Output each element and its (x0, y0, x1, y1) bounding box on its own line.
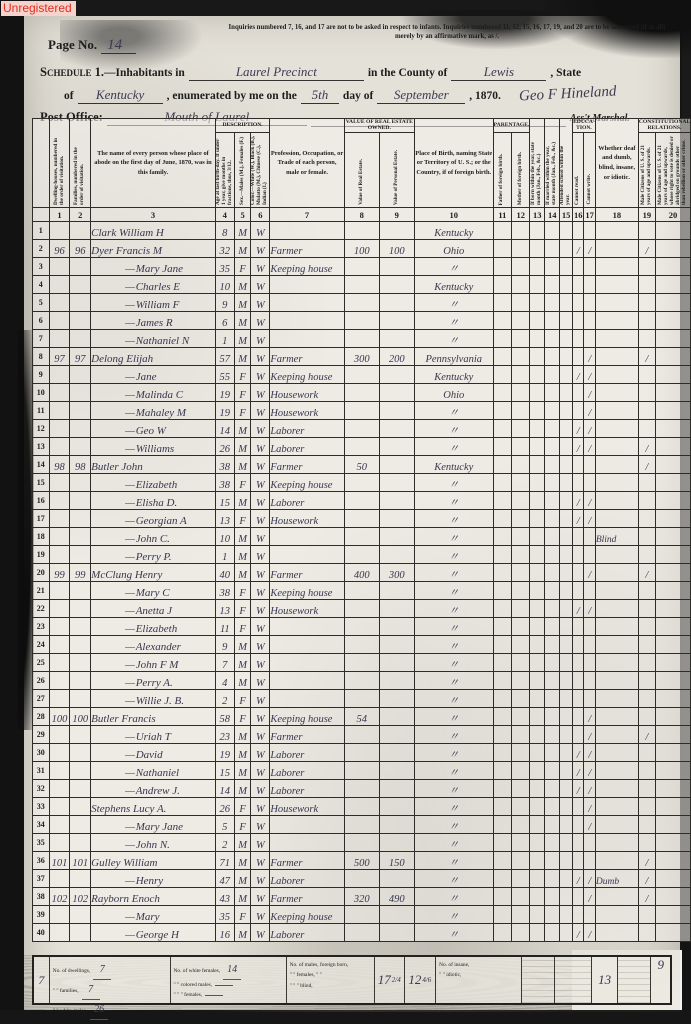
mother-foreign-cell (512, 762, 530, 780)
cannot-read-mark (573, 384, 584, 402)
cannot-read-mark (573, 816, 584, 834)
citizen-denied-cell (655, 492, 690, 510)
school-cell (560, 762, 573, 780)
cannot-write-mark: / (584, 744, 595, 762)
family-number (70, 600, 91, 618)
disability-value (595, 888, 638, 906)
birthplace-value: Kentucky (414, 222, 493, 240)
mother-foreign-cell (512, 924, 530, 942)
family-number: 102 (70, 888, 91, 906)
family-number (70, 744, 91, 762)
married-month-cell (545, 690, 560, 708)
footer-blank-box-2 (555, 957, 592, 1003)
footer-tally-c: 13 (592, 957, 618, 1003)
year-label: , 1870. (469, 90, 501, 102)
occupation-value (270, 636, 344, 654)
table-row: 10 Malinda C 19 F W Housework Ohio / (33, 384, 691, 402)
cannot-write-mark (584, 654, 595, 672)
mother-foreign-cell (512, 654, 530, 672)
age-value: 2 (215, 690, 234, 708)
col-header-occupation: Profession, Occupation, or Trade of each… (270, 119, 344, 208)
father-foreign-cell (493, 438, 511, 456)
born-month-cell (530, 330, 545, 348)
real-estate-value: 100 (344, 240, 379, 258)
age-value: 13 (215, 510, 234, 528)
dwelling-number (49, 438, 70, 456)
dwelling-number (49, 492, 70, 510)
cannot-write-mark: / (584, 510, 595, 528)
family-number (70, 438, 91, 456)
cannot-write-mark: / (584, 870, 595, 888)
table-row: 7 Nathaniel N 1 M W 〃 (33, 330, 691, 348)
cannot-read-mark (573, 456, 584, 474)
birthplace-value: 〃 (414, 402, 493, 420)
citizen-denied-cell (655, 294, 690, 312)
col-header-family: Families, numbered in the order of visit… (70, 119, 91, 208)
table-row: 5 William F 9 M W 〃 (33, 294, 691, 312)
state-value: Kentucky (78, 87, 163, 104)
person-name: Butler Francis (91, 708, 216, 726)
row-number: 19 (33, 546, 50, 564)
real-estate-value (344, 366, 379, 384)
row-number: 22 (33, 600, 50, 618)
disability-value (595, 294, 638, 312)
sex-value: M (234, 276, 251, 294)
born-month-cell (530, 834, 545, 852)
cannot-write-mark: / (584, 240, 595, 258)
disability-value (595, 474, 638, 492)
table-row: 37 Henry 47 M W Laborer 〃 / / Dumb / (33, 870, 691, 888)
family-number (70, 798, 91, 816)
father-foreign-cell (493, 258, 511, 276)
personal-estate-value (379, 510, 414, 528)
cannot-write-mark (584, 474, 595, 492)
real-estate-value (344, 258, 379, 276)
sex-value: M (234, 294, 251, 312)
school-cell (560, 600, 573, 618)
born-month-cell (530, 744, 545, 762)
cannot-write-mark (584, 834, 595, 852)
cannot-read-mark (573, 834, 584, 852)
color-value: W (251, 294, 270, 312)
inhabitants-label: —Inhabitants in (104, 67, 185, 79)
dwelling-number (49, 330, 70, 348)
birthplace-value: 〃 (414, 258, 493, 276)
cannot-write-mark: / (584, 816, 595, 834)
col-header-personal-estate: Value of Personal Estate. (379, 133, 414, 208)
county-label: in the County of (368, 67, 448, 79)
citizen-mark (638, 762, 655, 780)
group-header-parentage: Parentage. (493, 119, 530, 133)
family-number (70, 636, 91, 654)
color-value: W (251, 654, 270, 672)
sex-value: M (234, 348, 251, 366)
sex-value: M (234, 726, 251, 744)
disability-value (595, 222, 638, 240)
sex-value: M (234, 546, 251, 564)
cannot-write-mark: / (584, 762, 595, 780)
occupation-value (270, 528, 344, 546)
father-foreign-cell (493, 888, 511, 906)
personal-estate-value (379, 366, 414, 384)
born-month-cell (530, 222, 545, 240)
age-value: 58 (215, 708, 234, 726)
sex-value: F (234, 690, 251, 708)
cannot-write-mark: / (584, 438, 595, 456)
day-value: 5th (301, 87, 339, 104)
table-row: 24 Alexander 9 M W 〃 (33, 636, 691, 654)
sex-value: F (234, 816, 251, 834)
family-number: 97 (70, 348, 91, 366)
father-foreign-cell (493, 402, 511, 420)
row-number: 13 (33, 438, 50, 456)
occupation-value: Keeping house (270, 366, 344, 384)
married-month-cell (545, 312, 560, 330)
sex-value: F (234, 384, 251, 402)
family-number (70, 474, 91, 492)
citizen-mark (638, 690, 655, 708)
birthplace-value: 〃 (414, 600, 493, 618)
cannot-read-mark (573, 330, 584, 348)
sex-value: M (234, 762, 251, 780)
age-value: 6 (215, 312, 234, 330)
born-month-cell (530, 312, 545, 330)
school-cell (560, 888, 573, 906)
col-header-married-month: If married within the year, state month … (545, 119, 560, 208)
family-number (70, 258, 91, 276)
sex-value: M (234, 330, 251, 348)
mother-foreign-cell (512, 420, 530, 438)
family-number (70, 582, 91, 600)
cannot-write-mark: / (584, 564, 595, 582)
birthplace-value: 〃 (414, 510, 493, 528)
color-value: W (251, 726, 270, 744)
family-number (70, 780, 91, 798)
cannot-read-mark: / (573, 492, 584, 510)
cannot-read-mark: / (573, 762, 584, 780)
dwelling-number (49, 312, 70, 330)
citizen-denied-cell (655, 636, 690, 654)
occupation-value (270, 330, 344, 348)
col-header-sex: Sex.—Males (M.), Females (F.) (234, 133, 251, 208)
sex-value: M (234, 456, 251, 474)
person-name: Anetta J (91, 600, 216, 618)
family-number (70, 492, 91, 510)
column-number-row: 1 2 3 4 5 6 7 8 9 10 11 12 13 14 15 16 1… (33, 208, 691, 222)
schedule-line: Schedule 1.—Inhabitants in Laurel Precin… (40, 63, 680, 81)
birthplace-value: 〃 (414, 618, 493, 636)
school-cell (560, 708, 573, 726)
citizen-denied-cell (655, 528, 690, 546)
father-foreign-cell (493, 690, 511, 708)
family-number (70, 312, 91, 330)
father-foreign-cell (493, 528, 511, 546)
sex-value: F (234, 402, 251, 420)
personal-estate-value (379, 672, 414, 690)
family-number (70, 528, 91, 546)
personal-estate-value (379, 636, 414, 654)
family-number (70, 222, 91, 240)
row-number: 5 (33, 294, 50, 312)
personal-estate-value (379, 528, 414, 546)
table-row: 13 Williams 26 M W Laborer 〃 / / / (33, 438, 691, 456)
citizen-mark: / (638, 852, 655, 870)
sex-value: M (234, 744, 251, 762)
group-header-education: Educa-tion. (573, 119, 596, 133)
table-row: 9 Jane 55 F W Keeping house Kentucky / / (33, 366, 691, 384)
personal-estate-value: 490 (379, 888, 414, 906)
table-row: 36 101 101 Gulley William 71 M W Farmer … (33, 852, 691, 870)
mother-foreign-cell (512, 510, 530, 528)
disability-value: Dumb (595, 870, 638, 888)
birthplace-value: 〃 (414, 834, 493, 852)
father-foreign-cell (493, 456, 511, 474)
school-cell (560, 528, 573, 546)
group-header-constitutional: Constitutional Relations. (638, 119, 690, 133)
sex-value: M (234, 420, 251, 438)
person-name: Mary (91, 906, 216, 924)
personal-estate-value (379, 726, 414, 744)
personal-estate-value (379, 906, 414, 924)
dwelling-number (49, 510, 70, 528)
age-value: 47 (215, 870, 234, 888)
sex-value: F (234, 600, 251, 618)
disability-value (595, 636, 638, 654)
age-value: 38 (215, 582, 234, 600)
real-estate-value (344, 906, 379, 924)
real-estate-value (344, 600, 379, 618)
cannot-read-mark: / (573, 924, 584, 942)
person-name: Mary Jane (91, 816, 216, 834)
person-name: George H (91, 924, 216, 942)
family-number (70, 690, 91, 708)
color-value: W (251, 348, 270, 366)
cannot-read-mark: / (573, 510, 584, 528)
cannot-read-mark (573, 906, 584, 924)
citizen-mark (638, 924, 655, 942)
real-estate-value (344, 474, 379, 492)
mother-foreign-cell (512, 546, 530, 564)
citizen-denied-cell (655, 420, 690, 438)
person-name: McClung Henry (91, 564, 216, 582)
column-number-blank (33, 208, 50, 222)
birthplace-value: 〃 (414, 690, 493, 708)
born-month-cell (530, 510, 545, 528)
table-row: 35 John N. 2 M W 〃 (33, 834, 691, 852)
born-month-cell (530, 888, 545, 906)
col-header-birthplace: Place of Birth, naming State or Territor… (414, 119, 493, 208)
colored-males-label: " " colored males, (174, 982, 213, 988)
occupation-value: Farmer (270, 726, 344, 744)
school-cell (560, 474, 573, 492)
occupation-value: Laborer (270, 492, 344, 510)
cannot-write-mark: / (584, 366, 595, 384)
mother-foreign-cell (512, 222, 530, 240)
cannot-write-mark (584, 312, 595, 330)
cannot-read-mark (573, 528, 584, 546)
school-cell (560, 816, 573, 834)
married-month-cell (545, 654, 560, 672)
cannot-write-mark (584, 618, 595, 636)
birthplace-value: 〃 (414, 330, 493, 348)
age-value: 8 (215, 222, 234, 240)
school-cell (560, 492, 573, 510)
citizen-mark (638, 366, 655, 384)
col-header-dwelling: Dwelling-houses, numbered in the order o… (49, 119, 70, 208)
married-month-cell (545, 852, 560, 870)
sex-value: F (234, 708, 251, 726)
footer-left-mark: 7 (34, 957, 50, 1003)
table-row: 18 John C. 10 M W 〃 Blind (33, 528, 691, 546)
birthplace-value: 〃 (414, 564, 493, 582)
cannot-write-mark: / (584, 600, 595, 618)
occupation-value: Keeping house (270, 708, 344, 726)
table-row: 20 99 99 McClung Henry 40 M W Farmer 400… (33, 564, 691, 582)
families-label: " " families, (53, 988, 79, 994)
cannot-write-mark: / (584, 780, 595, 798)
dwelling-number: 99 (49, 564, 70, 582)
mother-foreign-cell (512, 276, 530, 294)
disability-value (595, 906, 638, 924)
family-number (70, 906, 91, 924)
col-header-school: Attended school within the year. (560, 119, 573, 208)
father-foreign-cell (493, 564, 511, 582)
white-females-label: No. of white females, (174, 968, 221, 974)
disability-value (595, 834, 638, 852)
citizen-mark (638, 636, 655, 654)
family-number (70, 870, 91, 888)
real-estate-value: 300 (344, 348, 379, 366)
row-number: 23 (33, 618, 50, 636)
unregistered-watermark: Unregistered (1, 1, 76, 16)
disability-value (595, 654, 638, 672)
cannot-read-mark: / (573, 420, 584, 438)
married-month-cell (545, 798, 560, 816)
citizen-denied-cell (655, 708, 690, 726)
birthplace-value: Pennsylvania (414, 348, 493, 366)
cannot-write-mark (584, 528, 595, 546)
cannot-write-mark (584, 258, 595, 276)
personal-estate-value: 300 (379, 564, 414, 582)
citizen-denied-cell (655, 474, 690, 492)
dwelling-number (49, 816, 70, 834)
column-number: 16 (573, 208, 584, 222)
dwelling-number (49, 402, 70, 420)
cannot-write-mark (584, 690, 595, 708)
cannot-read-mark (573, 582, 584, 600)
real-estate-value (344, 276, 379, 294)
sex-value: F (234, 474, 251, 492)
dwellings-label: No. of dwellings, (53, 968, 90, 974)
citizen-denied-cell (655, 816, 690, 834)
sex-value: M (234, 492, 251, 510)
table-row: 27 Willie J. B. 2 F W 〃 (33, 690, 691, 708)
personal-estate-value (379, 546, 414, 564)
month-value: September (377, 87, 465, 104)
birthplace-value: 〃 (414, 438, 493, 456)
row-number: 24 (33, 636, 50, 654)
family-number (70, 546, 91, 564)
col-header-cannot-read: Cannot read. (573, 133, 584, 208)
age-value: 35 (215, 906, 234, 924)
dwelling-number (49, 420, 70, 438)
married-month-cell (545, 744, 560, 762)
mother-foreign-cell (512, 690, 530, 708)
family-number (70, 654, 91, 672)
occupation-value: Laborer (270, 420, 344, 438)
mother-foreign-cell (512, 438, 530, 456)
citizen-mark (638, 294, 655, 312)
table-row: 19 Perry P. 1 M W 〃 (33, 546, 691, 564)
person-name: Nathaniel N (91, 330, 216, 348)
birthplace-value: 〃 (414, 906, 493, 924)
footer-dwellings-box: No. of dwellings,7 " " families,7 " " wh… (50, 957, 171, 1003)
color-value: W (251, 330, 270, 348)
married-month-cell (545, 582, 560, 600)
personal-estate-value (379, 762, 414, 780)
enumeration-line: of Kentucky , enumerated by me on the 5t… (64, 86, 680, 104)
family-number (70, 366, 91, 384)
occupation-value: Keeping house (270, 258, 344, 276)
citizen-denied-cell (655, 600, 690, 618)
born-month-cell (530, 906, 545, 924)
color-value: W (251, 240, 270, 258)
mother-foreign-cell (512, 294, 530, 312)
real-estate-value (344, 762, 379, 780)
citizen-denied-cell (655, 672, 690, 690)
father-foreign-cell (493, 492, 511, 510)
person-name: Elisha D. (91, 492, 216, 510)
occupation-value: Farmer (270, 240, 344, 258)
dwelling-number: 96 (49, 240, 70, 258)
dwelling-number: 97 (49, 348, 70, 366)
born-month-cell (530, 618, 545, 636)
cannot-write-mark (584, 636, 595, 654)
person-name: John N. (91, 834, 216, 852)
mother-foreign-cell (512, 816, 530, 834)
person-name: James R (91, 312, 216, 330)
table-row: 33 Stephens Lucy A. 26 F W Housework 〃 / (33, 798, 691, 816)
occupation-value: Keeping house (270, 906, 344, 924)
citizen-mark: / (638, 456, 655, 474)
citizen-denied-cell (655, 330, 690, 348)
age-value: 16 (215, 924, 234, 942)
born-month-cell (530, 924, 545, 942)
real-estate-value (344, 510, 379, 528)
family-number (70, 384, 91, 402)
family-number (70, 924, 91, 942)
born-month-cell (530, 276, 545, 294)
dwelling-number (49, 924, 70, 942)
disability-value (595, 798, 638, 816)
personal-estate-value (379, 690, 414, 708)
marshal-signature: Geo F Hineland (519, 83, 617, 105)
cannot-write-mark (584, 294, 595, 312)
disability-value (595, 276, 638, 294)
birthplace-value: 〃 (414, 924, 493, 942)
father-foreign-cell (493, 654, 511, 672)
family-number: 98 (70, 456, 91, 474)
person-name: Malinda C (91, 384, 216, 402)
note-line-2: merely by an affirmative mark, as /. (395, 33, 499, 40)
father-foreign-cell (493, 330, 511, 348)
citizen-mark (638, 528, 655, 546)
married-month-cell (545, 474, 560, 492)
cannot-write-mark (584, 582, 595, 600)
sex-value: M (234, 312, 251, 330)
page-number-line: Page No. 14 (48, 36, 136, 54)
person-name: Delong Elijah (91, 348, 216, 366)
